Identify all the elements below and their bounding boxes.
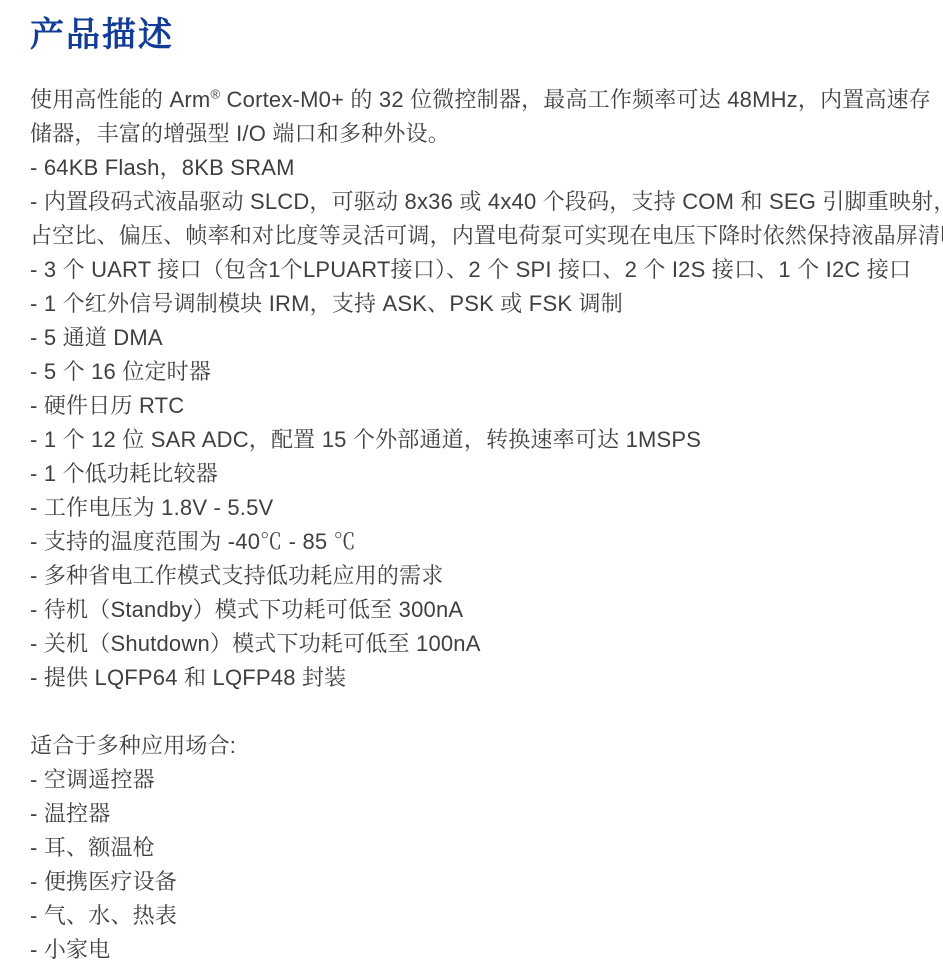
feature-line: - 3 个 UART 接口（包含1个LPUART接口）、2 个 SPI 接口、2…	[30, 253, 935, 287]
application-line: - 耳、额温枪	[30, 831, 935, 865]
feature-line: - 关机（Shutdown）模式下功耗可低至 100nA	[30, 627, 935, 661]
registered-trademark-symbol: ®	[210, 87, 220, 102]
applications-heading: 适合于多种应用场合:	[30, 729, 935, 763]
intro-line-1-post: Cortex-M0+ 的 32 位微控制器，最高工作频率可达 48MHz，内置高…	[220, 87, 931, 112]
application-line: - 空调遥控器	[30, 763, 935, 797]
application-line: - 小家电	[30, 933, 935, 962]
application-line: - 便携医疗设备	[30, 865, 935, 899]
page-title: 产品描述	[30, 14, 935, 56]
feature-line: - 多种省电工作模式支持低功耗应用的需求	[30, 559, 935, 593]
intro-line-1-pre: 使用高性能的 Arm	[30, 87, 210, 112]
feature-line: - 工作电压为 1.8V - 5.5V	[30, 491, 935, 525]
application-line: - 温控器	[30, 797, 935, 831]
feature-line: - 待机（Standby）模式下功耗可低至 300nA	[30, 593, 935, 627]
feature-line: - 提供 LQFP64 和 LQFP48 封装	[30, 661, 935, 695]
feature-line: - 支持的温度范围为 -40℃ - 85 ℃	[30, 525, 935, 559]
feature-line: - 内置段码式液晶驱动 SLCD，可驱动 8x36 或 4x40 个段码，支持 …	[30, 185, 935, 219]
description-text: 使用高性能的 Arm® Cortex-M0+ 的 32 位微控制器，最高工作频率…	[30, 83, 935, 962]
application-line: - 气、水、热表	[30, 899, 935, 933]
feature-line: - 64KB Flash，8KB SRAM	[30, 151, 935, 185]
product-description-page: 产品描述 使用高性能的 Arm® Cortex-M0+ 的 32 位微控制器，最…	[0, 0, 943, 962]
blank-line	[30, 695, 935, 729]
intro-line-2: 储器，丰富的增强型 I/O 端口和多种外设。	[30, 117, 935, 151]
feature-line: - 硬件日历 RTC	[30, 389, 935, 423]
feature-line: - 5 通道 DMA	[30, 321, 935, 355]
feature-line: - 5 个 16 位定时器	[30, 355, 935, 389]
feature-line: - 1 个低功耗比较器	[30, 457, 935, 491]
feature-line: - 1 个红外信号调制模块 IRM，支持 ASK、PSK 或 FSK 调制	[30, 287, 935, 321]
feature-line: 占空比、偏压、帧率和对比度等灵活可调，内置电荷泵可实现在电压下降时依然保持液晶屏…	[30, 219, 935, 253]
feature-line: - 1 个 12 位 SAR ADC，配置 15 个外部通道，转换速率可达 1M…	[30, 423, 935, 457]
intro-line-1: 使用高性能的 Arm® Cortex-M0+ 的 32 位微控制器，最高工作频率…	[30, 83, 935, 117]
